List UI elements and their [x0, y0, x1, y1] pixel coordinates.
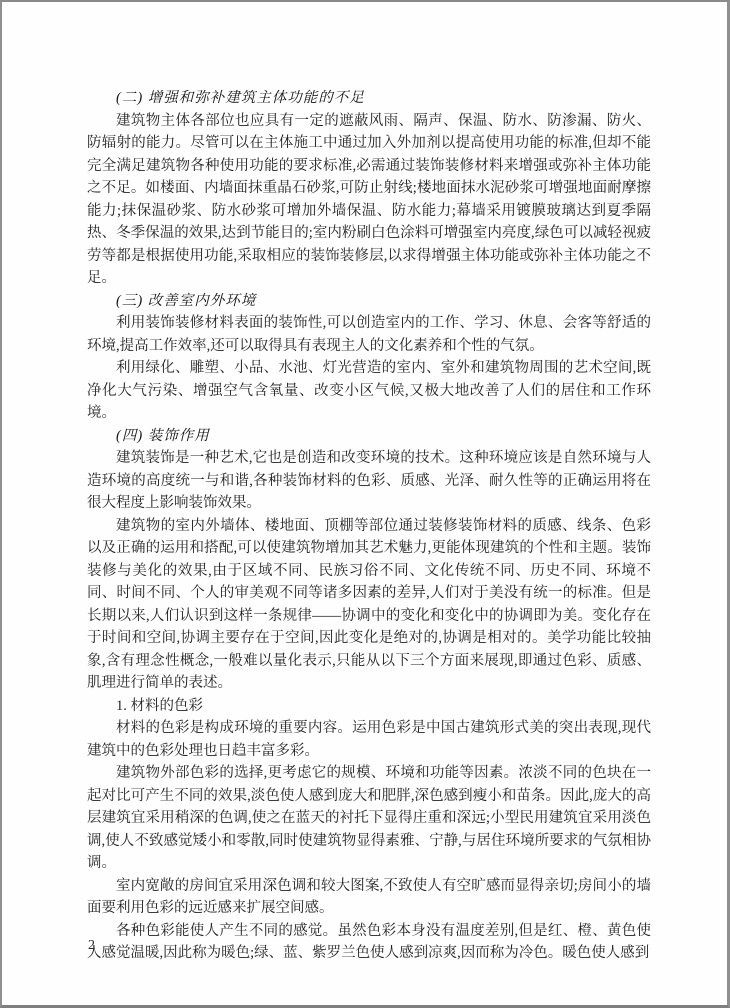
- section-heading-4: (四) 装饰作用: [87, 425, 651, 448]
- paragraph: 各种色彩能使人产生不同的感觉。虽然色彩本身没有温度差别,但是红、橙、黄色使人感觉…: [87, 920, 651, 965]
- paragraph: 建筑物主体各部位也应具有一定的遮蔽风雨、隔声、保温、防水、防渗漏、防火、防辐射的…: [87, 110, 651, 290]
- section-heading-2: (二) 增强和弥补建筑主体功能的不足: [87, 87, 651, 110]
- paragraph: 建筑物的室内外墙体、楼地面、顶棚等部位通过装修装饰材料的质感、线条、色彩以及正确…: [87, 515, 651, 695]
- subsection-heading-material-color: 1. 材料的色彩: [87, 695, 651, 718]
- paragraph: 建筑物外部色彩的选择,更考虑它的规模、环境和功能等因素。浓淡不同的色块在一起对比…: [87, 762, 651, 875]
- paragraph: 材料的色彩是构成环境的重要内容。运用色彩是中国古建筑形式美的突出表现,现代建筑中…: [87, 717, 651, 762]
- paragraph: 利用装饰装修材料表面的装饰性,可以创造室内的工作、学习、休息、会客等舒适的环境,…: [87, 312, 651, 357]
- page-number: 2: [88, 938, 95, 954]
- document-page: (二) 增强和弥补建筑主体功能的不足 建筑物主体各部位也应具有一定的遮蔽风雨、隔…: [0, 0, 730, 1008]
- text-column: (二) 增强和弥补建筑主体功能的不足 建筑物主体各部位也应具有一定的遮蔽风雨、隔…: [87, 87, 651, 965]
- paragraph: 建筑装饰是一种艺术,它也是创造和改变环境的技术。这种环境应该是自然环境与人造环境…: [87, 447, 651, 515]
- section-heading-3: (三) 改善室内外环境: [87, 290, 651, 313]
- paragraph: 室内宽敞的房间宜采用深色调和较大图案,不致使人有空旷感而显得亲切;房间小的墙面要…: [87, 875, 651, 920]
- paragraph: 利用绿化、雕塑、小品、水池、灯光营造的室内、室外和建筑物周围的艺术空间,既净化大…: [87, 357, 651, 425]
